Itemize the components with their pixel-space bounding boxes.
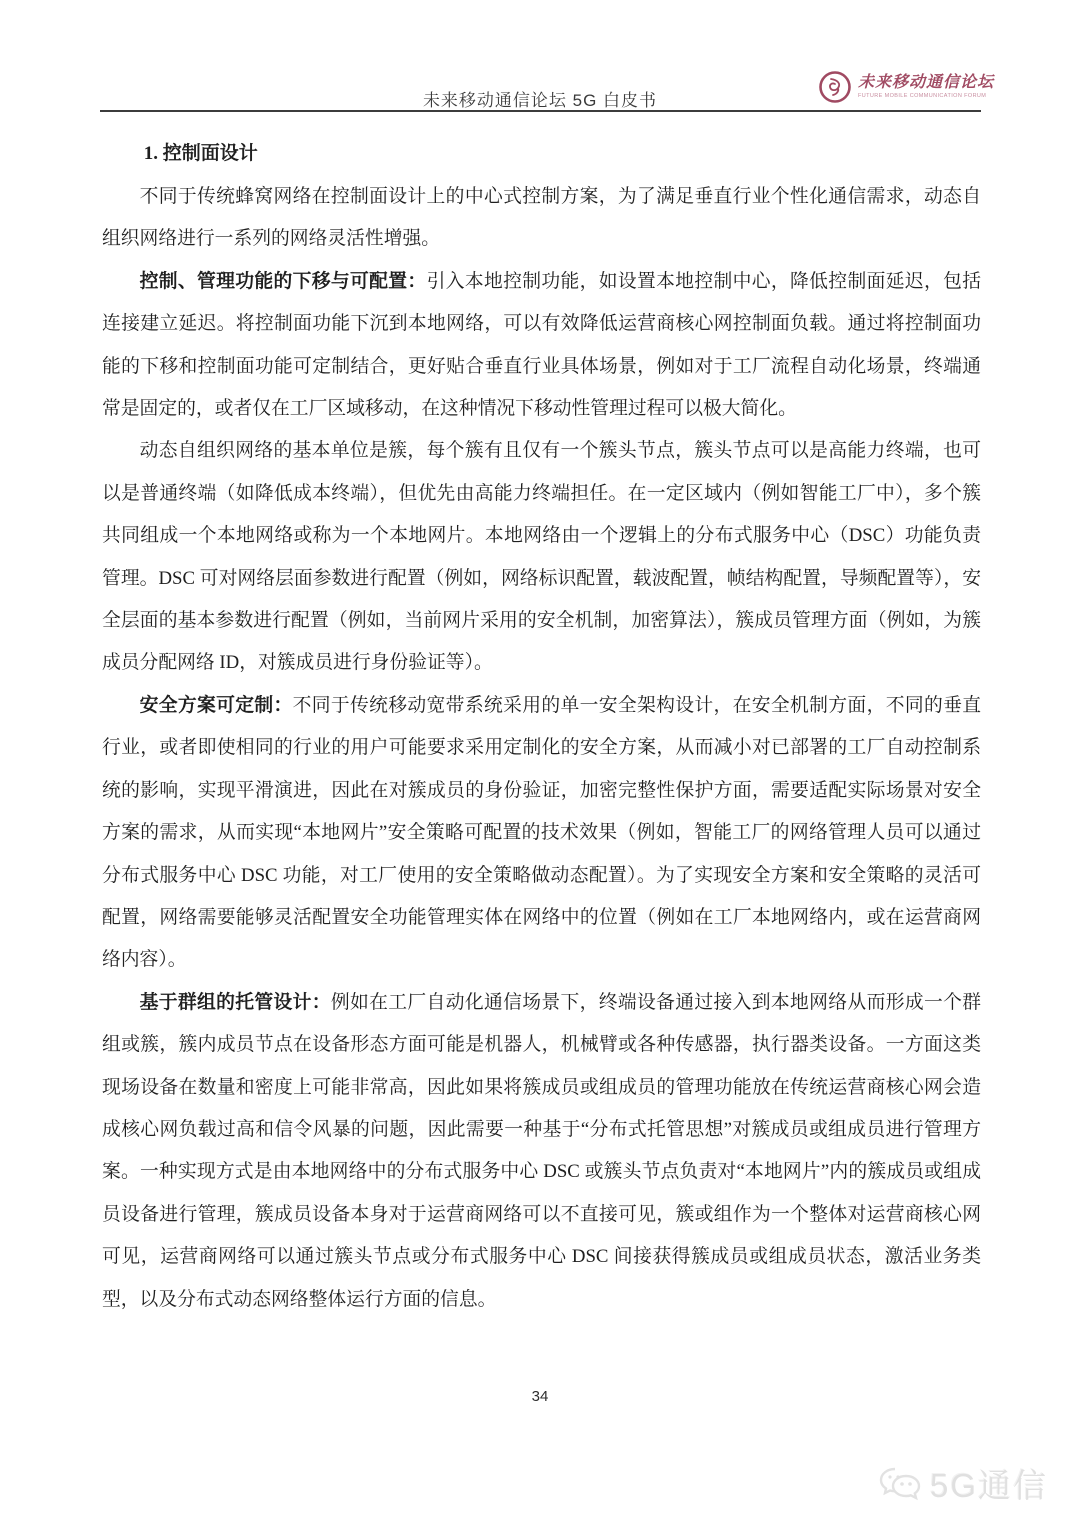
paragraph-lead: 控制、管理功能的下移与可配置： [140,271,427,292]
paragraph: 基于群组的托管设计：例如在工厂自动化通信场景下，终端设备通过接入到本地网络从而形… [102,982,981,1321]
forum-logo-name-en: FUTURE MOBILE COMMUNICATION FORUM [858,94,994,100]
section-heading: 1. 控制面设计 [102,136,981,172]
paragraph-text: 例如在工厂自动化通信场景下，终端设备通过接入到本地网络从而形成一个群组或簇，簇内… [102,992,981,1310]
paragraph: 动态自组织网络的基本单位是簇，每个簇有且仅有一个簇头节点，簇头节点可以是高能力终… [102,430,981,684]
page-number: 34 [0,1388,1080,1405]
paragraph-text: 引入本地控制功能，如设置本地控制中心，降低控制面延迟，包括连接建立延迟。将控制面… [102,271,981,419]
forum-logo-icon [818,70,852,104]
header-divider [100,110,981,112]
paragraph: 安全方案可定制：不同于传统移动宽带系统采用的单一安全架构设计，在安全机制方面，不… [102,685,981,982]
paragraph-lead: 基于群组的托管设计： [140,992,331,1013]
watermark-text: 5G通信 [930,1460,1048,1507]
paragraph-lead: 安全方案可定制： [140,695,293,716]
paragraph-text: 动态自组织网络的基本单位是簇，每个簇有且仅有一个簇头节点，簇头节点可以是高能力终… [102,440,981,673]
paragraph: 控制、管理功能的下移与可配置：引入本地控制功能，如设置本地控制中心，降低控制面延… [102,261,981,431]
channel-watermark: 5G通信 [878,1460,1048,1507]
forum-logo: 未来移动通信论坛 FUTURE MOBILE COMMUNICATION FOR… [818,70,988,104]
document-body: 1. 控制面设计 不同于传统蜂窝网络在控制面设计上的中心式控制方案，为了满足垂直… [102,136,981,1321]
forum-logo-name-cn: 未来移动通信论坛 [858,75,994,91]
paragraph-text: 不同于传统移动宽带系统采用的单一安全架构设计，在安全机制方面，不同的垂直行业，或… [102,695,981,970]
paragraph-text: 不同于传统蜂窝网络在控制面设计上的中心式控制方案，为了满足垂直行业个性化通信需求… [102,186,981,249]
paragraph: 不同于传统蜂窝网络在控制面设计上的中心式控制方案，为了满足垂直行业个性化通信需求… [102,176,981,261]
wechat-icon [878,1465,922,1503]
